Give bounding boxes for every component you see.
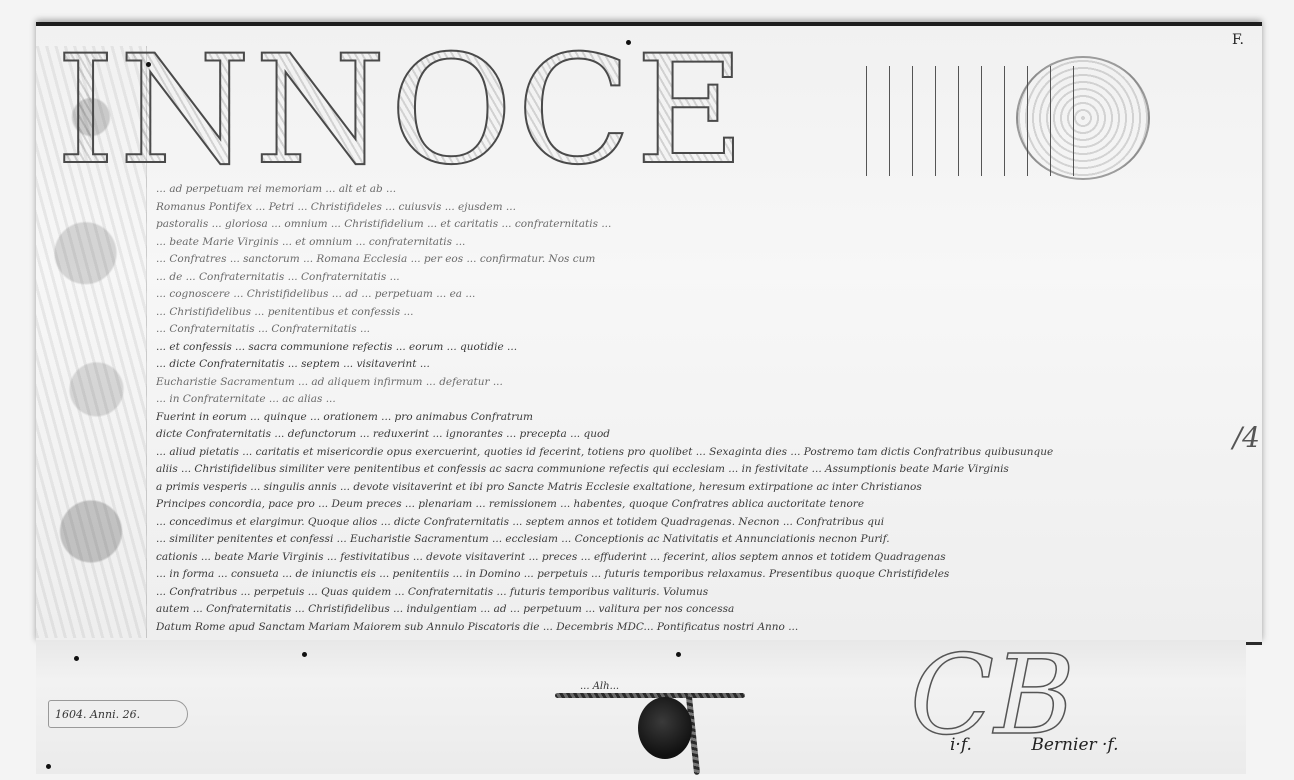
corner-mark: F.: [1232, 32, 1244, 48]
pinhole: [74, 656, 79, 661]
text-line: Eucharistie Sacramentum ... ad aliquem i…: [156, 374, 1246, 392]
text-line: ... Confraternitatis ... Confraternitati…: [156, 321, 1246, 339]
text-line: Datum Rome apud Sanctam Mariam Maiorem s…: [156, 619, 1246, 637]
text-line: ... ad perpetuam rei memoriam ... alt et…: [156, 181, 1246, 199]
seal-cord: [555, 693, 745, 698]
text-line: ... Christifidelibus ... penitentibus et…: [156, 304, 1246, 322]
text-line: ... Confratribus ... perpetuis ... Quas …: [156, 584, 1246, 602]
text-line: cationis ... beate Marie Virginis ... fe…: [156, 549, 1246, 567]
text-line: a primis vesperis ... singulis annis ...…: [156, 479, 1246, 497]
docket-label: 1604. Anni. 26.: [48, 700, 188, 728]
secretary-signature: CB i·f. Bernier ·f.: [910, 640, 1210, 770]
registrar-note: ... Alh...: [580, 681, 619, 692]
text-line: ... in forma ... consueta ... de iniunct…: [156, 566, 1246, 584]
text-line: ... dicte Confraternitatis ... septem ..…: [156, 356, 1246, 374]
text-line: ... beate Marie Virginis ... et omnium .…: [156, 234, 1246, 252]
pinhole: [676, 652, 681, 657]
text-line: ... concedimus et elargimur. Quoque alio…: [156, 514, 1246, 532]
text-line: ... et confessis ... sacra communione re…: [156, 339, 1246, 357]
pinhole: [302, 652, 307, 657]
document-body: ... ad perpetuam rei memoriam ... alt et…: [156, 181, 1246, 636]
ornamental-swash-letter: [1016, 56, 1150, 180]
text-line: ... Confratres ... sanctorum ... Romana …: [156, 251, 1246, 269]
text-line: ... de ... Confraternitatis ... Confrate…: [156, 269, 1246, 287]
signature-monogram: CB: [910, 640, 1075, 750]
text-line: ... similiter penitentes et confessi ...…: [156, 531, 1246, 549]
text-line: Romanus Pontifex ... Petri ... Christifi…: [156, 199, 1246, 217]
headline-initials: INNOCE: [56, 36, 749, 186]
text-line: autem ... Confraternitatis ... Christifi…: [156, 601, 1246, 619]
parchment-sheet: INNOCE F. ... ad perpetuam rei memoriam …: [36, 22, 1262, 642]
signature-name: i·f. Bernier ·f.: [950, 735, 1119, 755]
text-line: ... in Confraternitate ... ac alias ...: [156, 391, 1246, 409]
text-line: Principes concordia, pace pro ... Deum p…: [156, 496, 1246, 514]
pinhole: [46, 764, 51, 769]
text-line: Fuerint in eorum ... quinque ... oration…: [156, 409, 1246, 427]
text-line: pastoralis ... gloriosa ... omnium ... C…: [156, 216, 1246, 234]
pinhole: [626, 40, 631, 45]
margin-note: /4: [1233, 421, 1260, 454]
text-line: dicte Confraternitatis ... defunctorum .…: [156, 426, 1246, 444]
wax-seal-icon: [638, 697, 692, 759]
text-line: ... cognoscere ... Christifidelibus ... …: [156, 286, 1246, 304]
text-line: aliis ... Christifidelibus similiter ver…: [156, 461, 1246, 479]
pinhole: [146, 62, 151, 67]
text-line: ... aliud pietatis ... caritatis et mise…: [156, 444, 1246, 462]
